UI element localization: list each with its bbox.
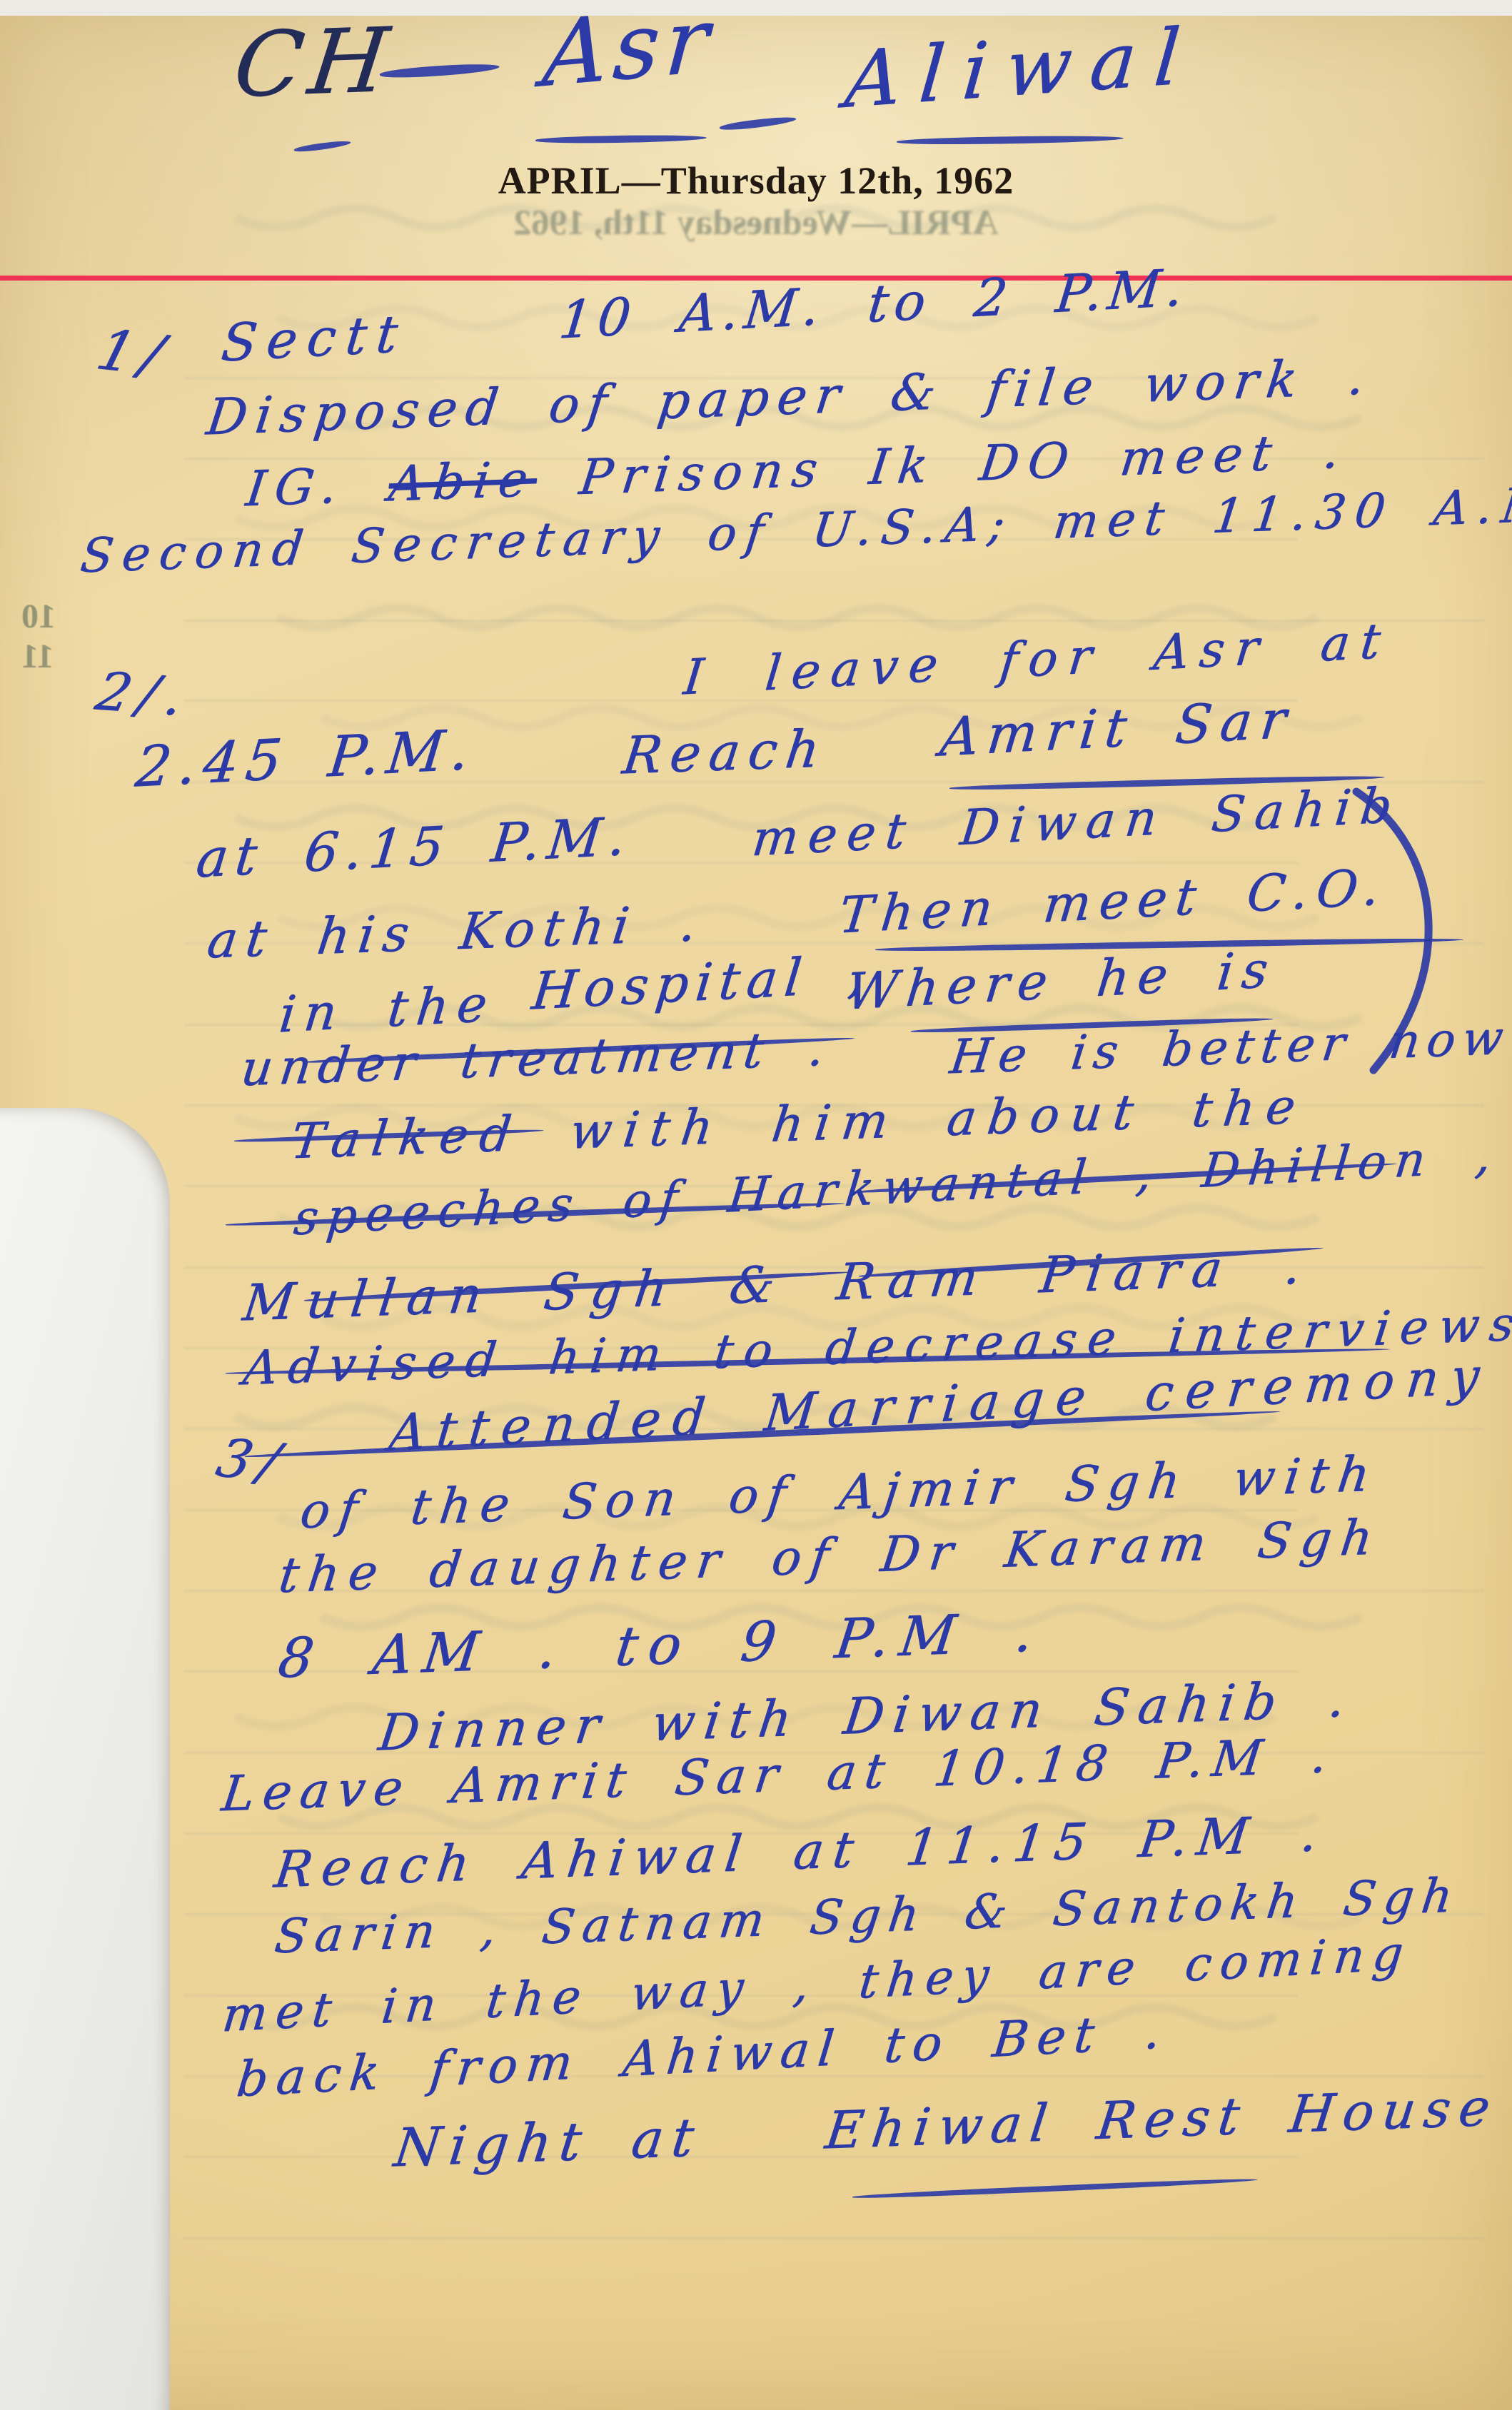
- diary-page: APRIL—Thursday 12th, 1962 APRIL—Wednesda…: [0, 0, 1512, 2410]
- printed-date-header: APRIL—Thursday 12th, 1962: [0, 158, 1512, 203]
- handwritten-line: Reach: [620, 718, 832, 785]
- entry-marker: 2/.: [90, 661, 198, 728]
- ruled-line: [184, 2156, 1298, 2158]
- scan-edge-strip: [0, 0, 1512, 16]
- route-word: Asr: [540, 0, 717, 107]
- handwritten-segment: IG.: [243, 456, 393, 518]
- handwritten-line: Sectt: [218, 303, 410, 373]
- struck-word: Abie: [385, 451, 540, 513]
- ruled-line: [184, 2237, 1483, 2239]
- handwritten-line: Night at: [390, 2107, 705, 2179]
- route-word: CH: [228, 9, 400, 117]
